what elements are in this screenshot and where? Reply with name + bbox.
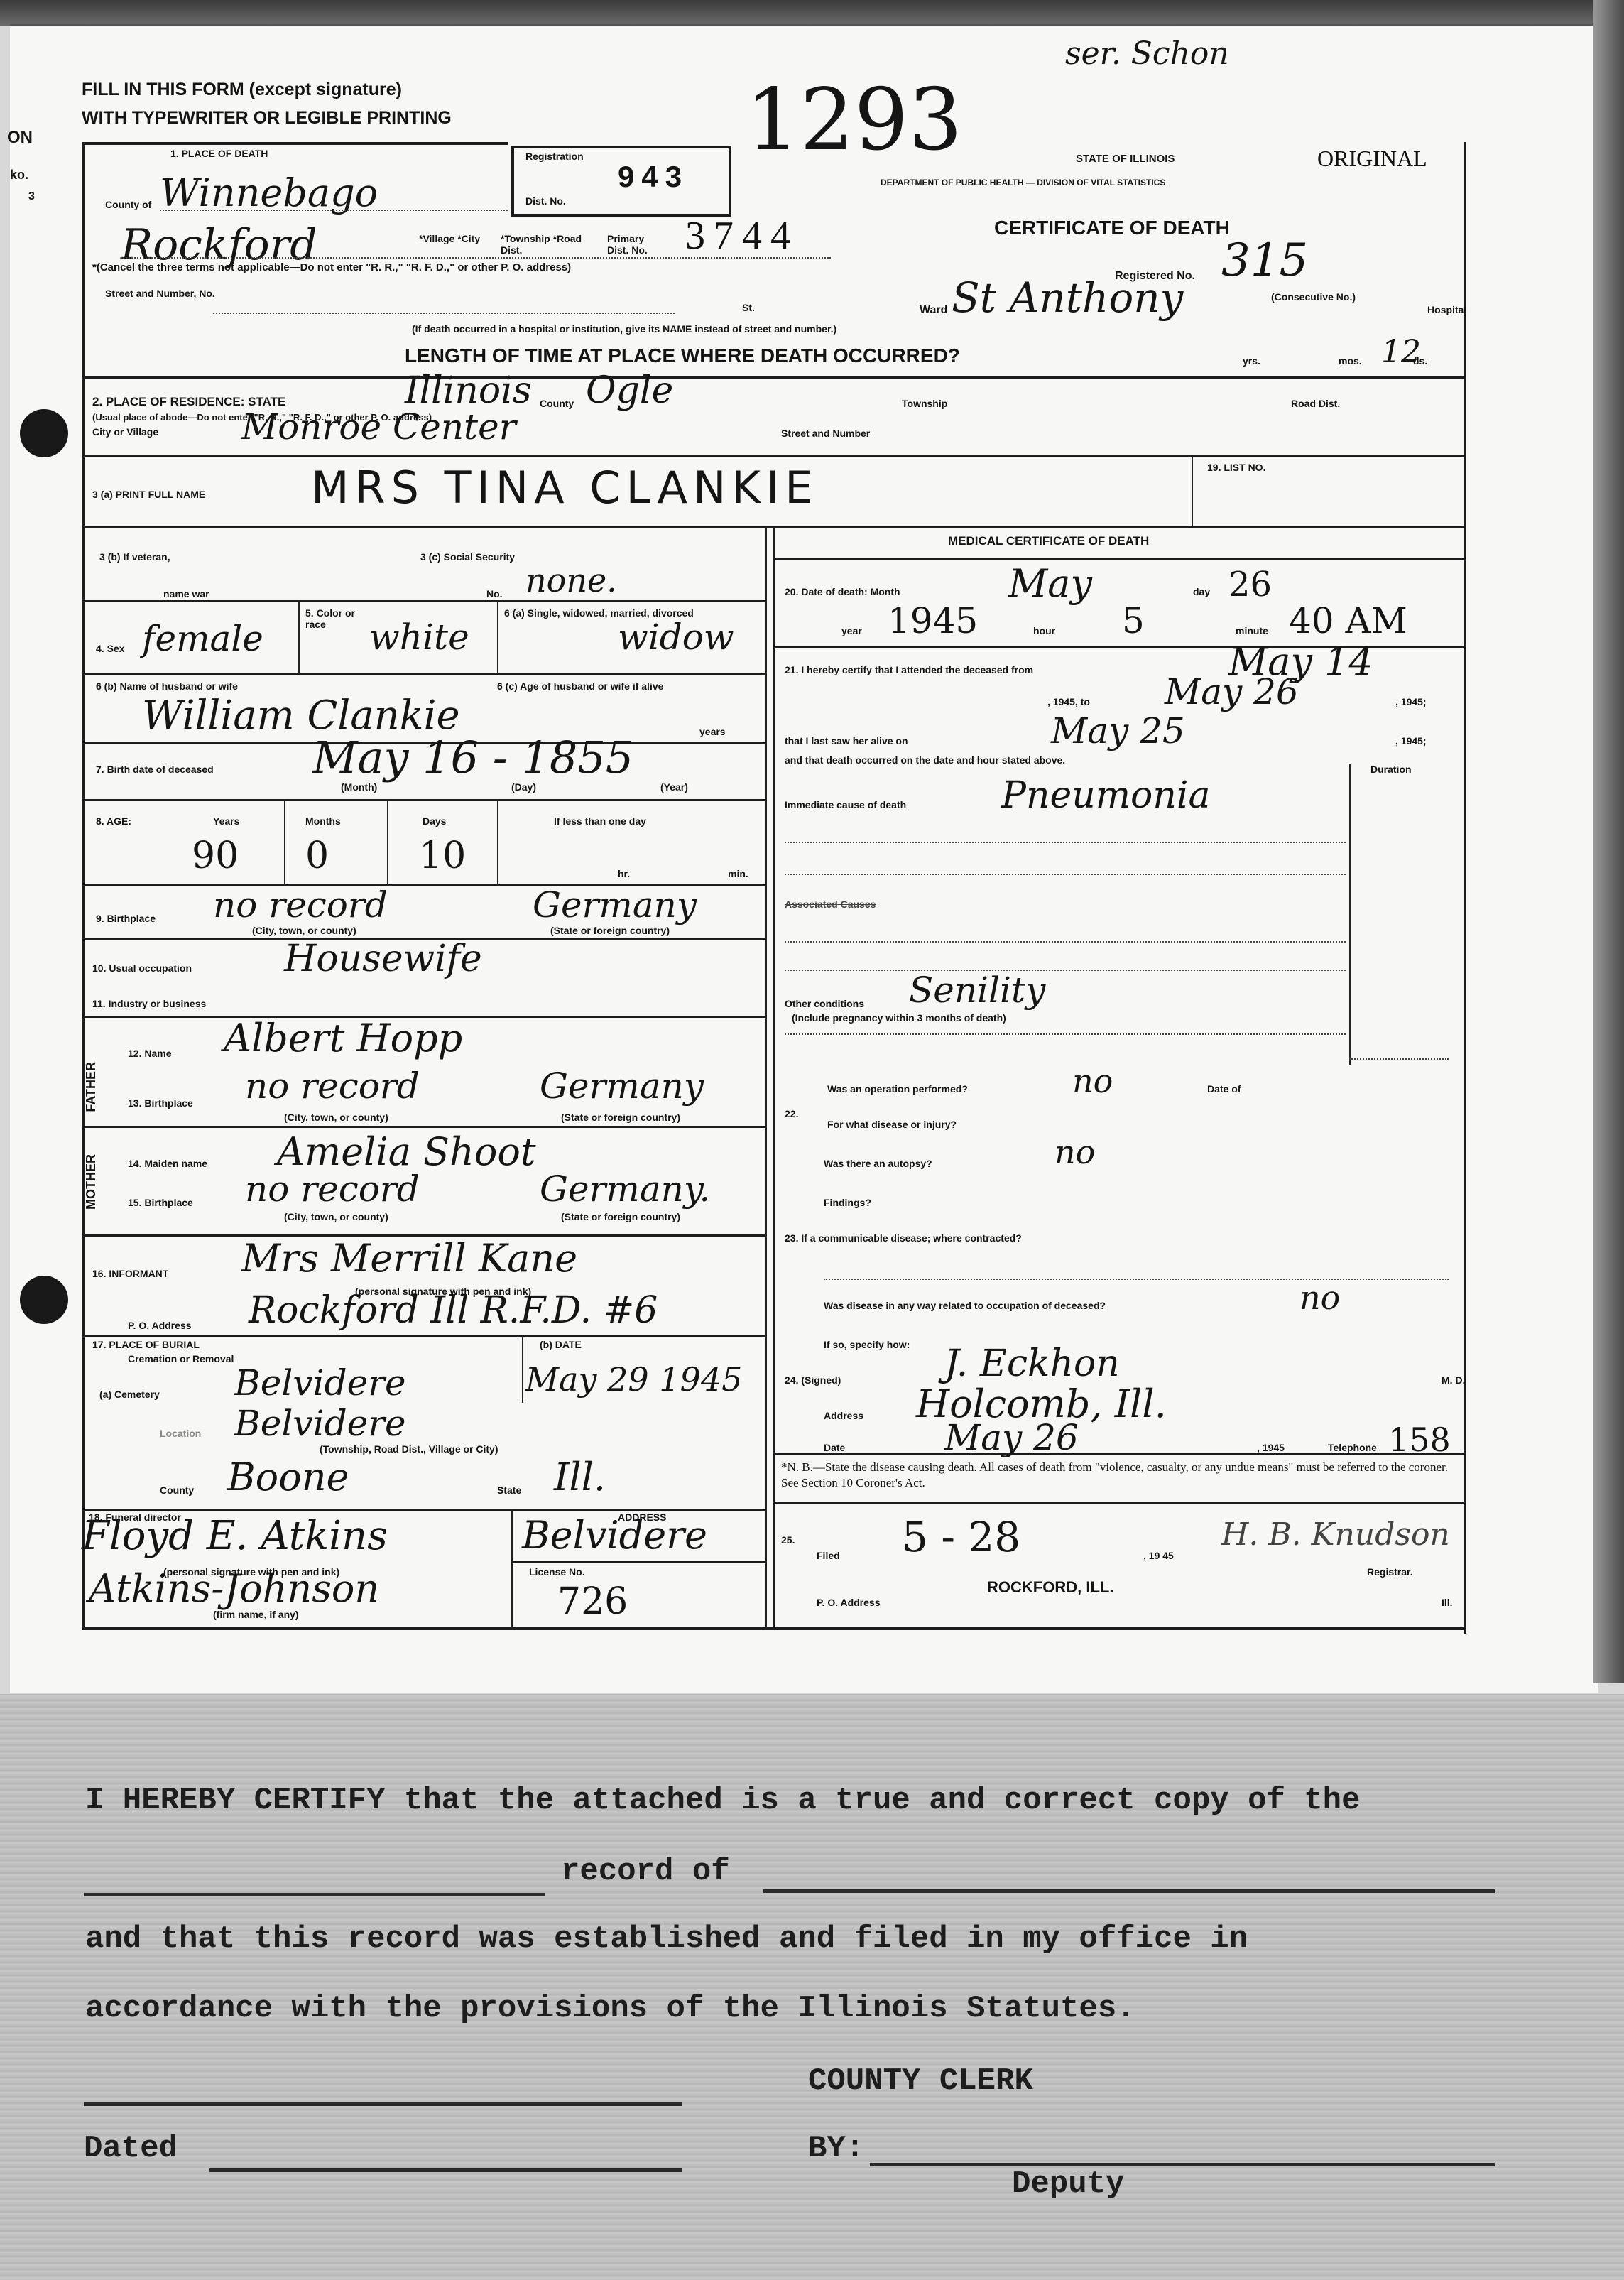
last-saw-alive: May 25 (1051, 710, 1185, 751)
clerk-signature-blank[interactable] (84, 2102, 682, 2106)
registrar-signature: H. B. Knudson (1221, 1516, 1450, 1553)
death-month: May (1008, 561, 1092, 606)
punch-hole-icon (20, 409, 68, 457)
registrar-po-address: ROCKFORD, ILL. (987, 1578, 1113, 1597)
hospital-name: St Anthony (952, 273, 1183, 322)
race-value: white (369, 617, 469, 658)
death-hour: 5 (1122, 600, 1145, 641)
death-county: Winnebago (160, 170, 378, 215)
dated-blank[interactable] (209, 2168, 682, 2172)
by-label: BY: (808, 2131, 864, 2166)
usual-occupation: Housewife (284, 938, 482, 980)
informant-name: Mrs Merrill Kane (241, 1236, 577, 1281)
cemetery: Belvidere (234, 1362, 406, 1404)
physician-signature: J. Eckhon (944, 1342, 1120, 1385)
social-security-no: none. (525, 561, 617, 599)
attended-to: May 26 (1165, 671, 1299, 712)
age-days: 10 (419, 835, 466, 877)
informant-address: Rockford Ill R.F.D. #6 (249, 1289, 658, 1332)
certify-line-3: and that this record was established and… (85, 1921, 1248, 1957)
county-clerk-label: COUNTY CLERK (808, 2063, 1033, 2099)
mother-birthplace-country: Germany. (540, 1168, 710, 1210)
immediate-cause: Pneumonia (1001, 774, 1210, 817)
burial-county: Boone (227, 1455, 349, 1499)
deputy-label: Deputy (1012, 2166, 1124, 2202)
margin-fragment: ON (7, 128, 33, 148)
birth-date: May 16 - 1855 (312, 732, 633, 783)
duration-column: Duration (1370, 764, 1412, 775)
age-months: 0 (305, 835, 329, 877)
mother-birthplace-city: no record (245, 1168, 420, 1210)
form-instructions: FILL IN THIS FORM (except signature) (82, 80, 402, 100)
dated-label: Dated (84, 2131, 178, 2166)
deputy-signature-blank[interactable] (870, 2163, 1495, 2166)
record-name-blank[interactable] (763, 1889, 1495, 1893)
length-of-time-label: LENGTH OF TIME AT PLACE WHERE DEATH OCCU… (405, 344, 960, 367)
funeral-firm: Atkins-Johnson (89, 1566, 379, 1611)
scan-right-edge (1593, 0, 1624, 1683)
decedent-full-name: MRS TINA CLANKIE (311, 462, 818, 514)
father-side-label: FATHER (84, 1062, 99, 1112)
funeral-address: Belvidere (522, 1513, 707, 1558)
certify-line-4: accordance with the provisions of the Il… (85, 1991, 1135, 2026)
funeral-director: Floyd E. Atkins (82, 1513, 388, 1559)
residence-county: Ogle (586, 369, 673, 412)
sex-value: female (142, 618, 263, 659)
registration-dist-no: 943 (618, 160, 689, 194)
father-birthplace-city: no record (245, 1065, 420, 1107)
record-type-blank[interactable] (84, 1893, 545, 1896)
mother-side-label: MOTHER (84, 1154, 99, 1210)
nb-note: *N. B.—State the disease causing death. … (781, 1460, 1456, 1491)
other-conditions: Senility (909, 970, 1045, 1011)
birthplace-country: Germany (533, 884, 697, 925)
record-of-label: record of (561, 1854, 730, 1889)
filed-date: 5 - 28 (902, 1513, 1020, 1561)
registered-no: 315 (1221, 234, 1308, 287)
operation-performed: no (1072, 1062, 1113, 1100)
certify-line-1: I HEREBY CERTIFY that the attached is a … (85, 1783, 1361, 1818)
marital-status: widow (618, 617, 734, 658)
burial-date: May 29 1945 (525, 1360, 742, 1399)
punch-hole-icon (20, 1276, 68, 1324)
scan-top-edge (0, 0, 1624, 26)
age-years: 90 (192, 835, 239, 877)
birthplace-city: no record (213, 884, 388, 925)
burial-state: Ill. (554, 1455, 606, 1499)
mother-maiden-name: Amelia Shoot (277, 1129, 536, 1174)
primary-dist-no: 3744 (685, 213, 799, 259)
medical-certificate-title: MEDICAL CERTIFICATE OF DEATH (948, 534, 1149, 548)
form-instructions: WITH TYPEWRITER OR LEGIBLE PRINTING (82, 108, 452, 129)
death-minute: 40 AM (1289, 600, 1407, 641)
funeral-license: 726 (557, 1580, 628, 1623)
residence-state: Illinois (405, 369, 532, 412)
top-note: ser. Schon (1065, 36, 1229, 72)
father-birthplace-country: Germany (540, 1065, 704, 1107)
burial-location: Belvidere (234, 1403, 406, 1444)
death-year: 1945 (888, 600, 978, 641)
death-day: 26 (1228, 565, 1272, 604)
autopsy: no (1054, 1133, 1095, 1171)
residence-city: Monroe Center (241, 406, 516, 447)
margin-fragment: ko. (10, 168, 28, 183)
margin-fragment: 3 (28, 190, 35, 203)
father-name: Albert Hopp (224, 1016, 462, 1060)
county-clerk-certification: I HEREBY CERTIFY that the attached is a … (0, 1694, 1624, 2280)
occupation-related: no (1299, 1279, 1340, 1317)
